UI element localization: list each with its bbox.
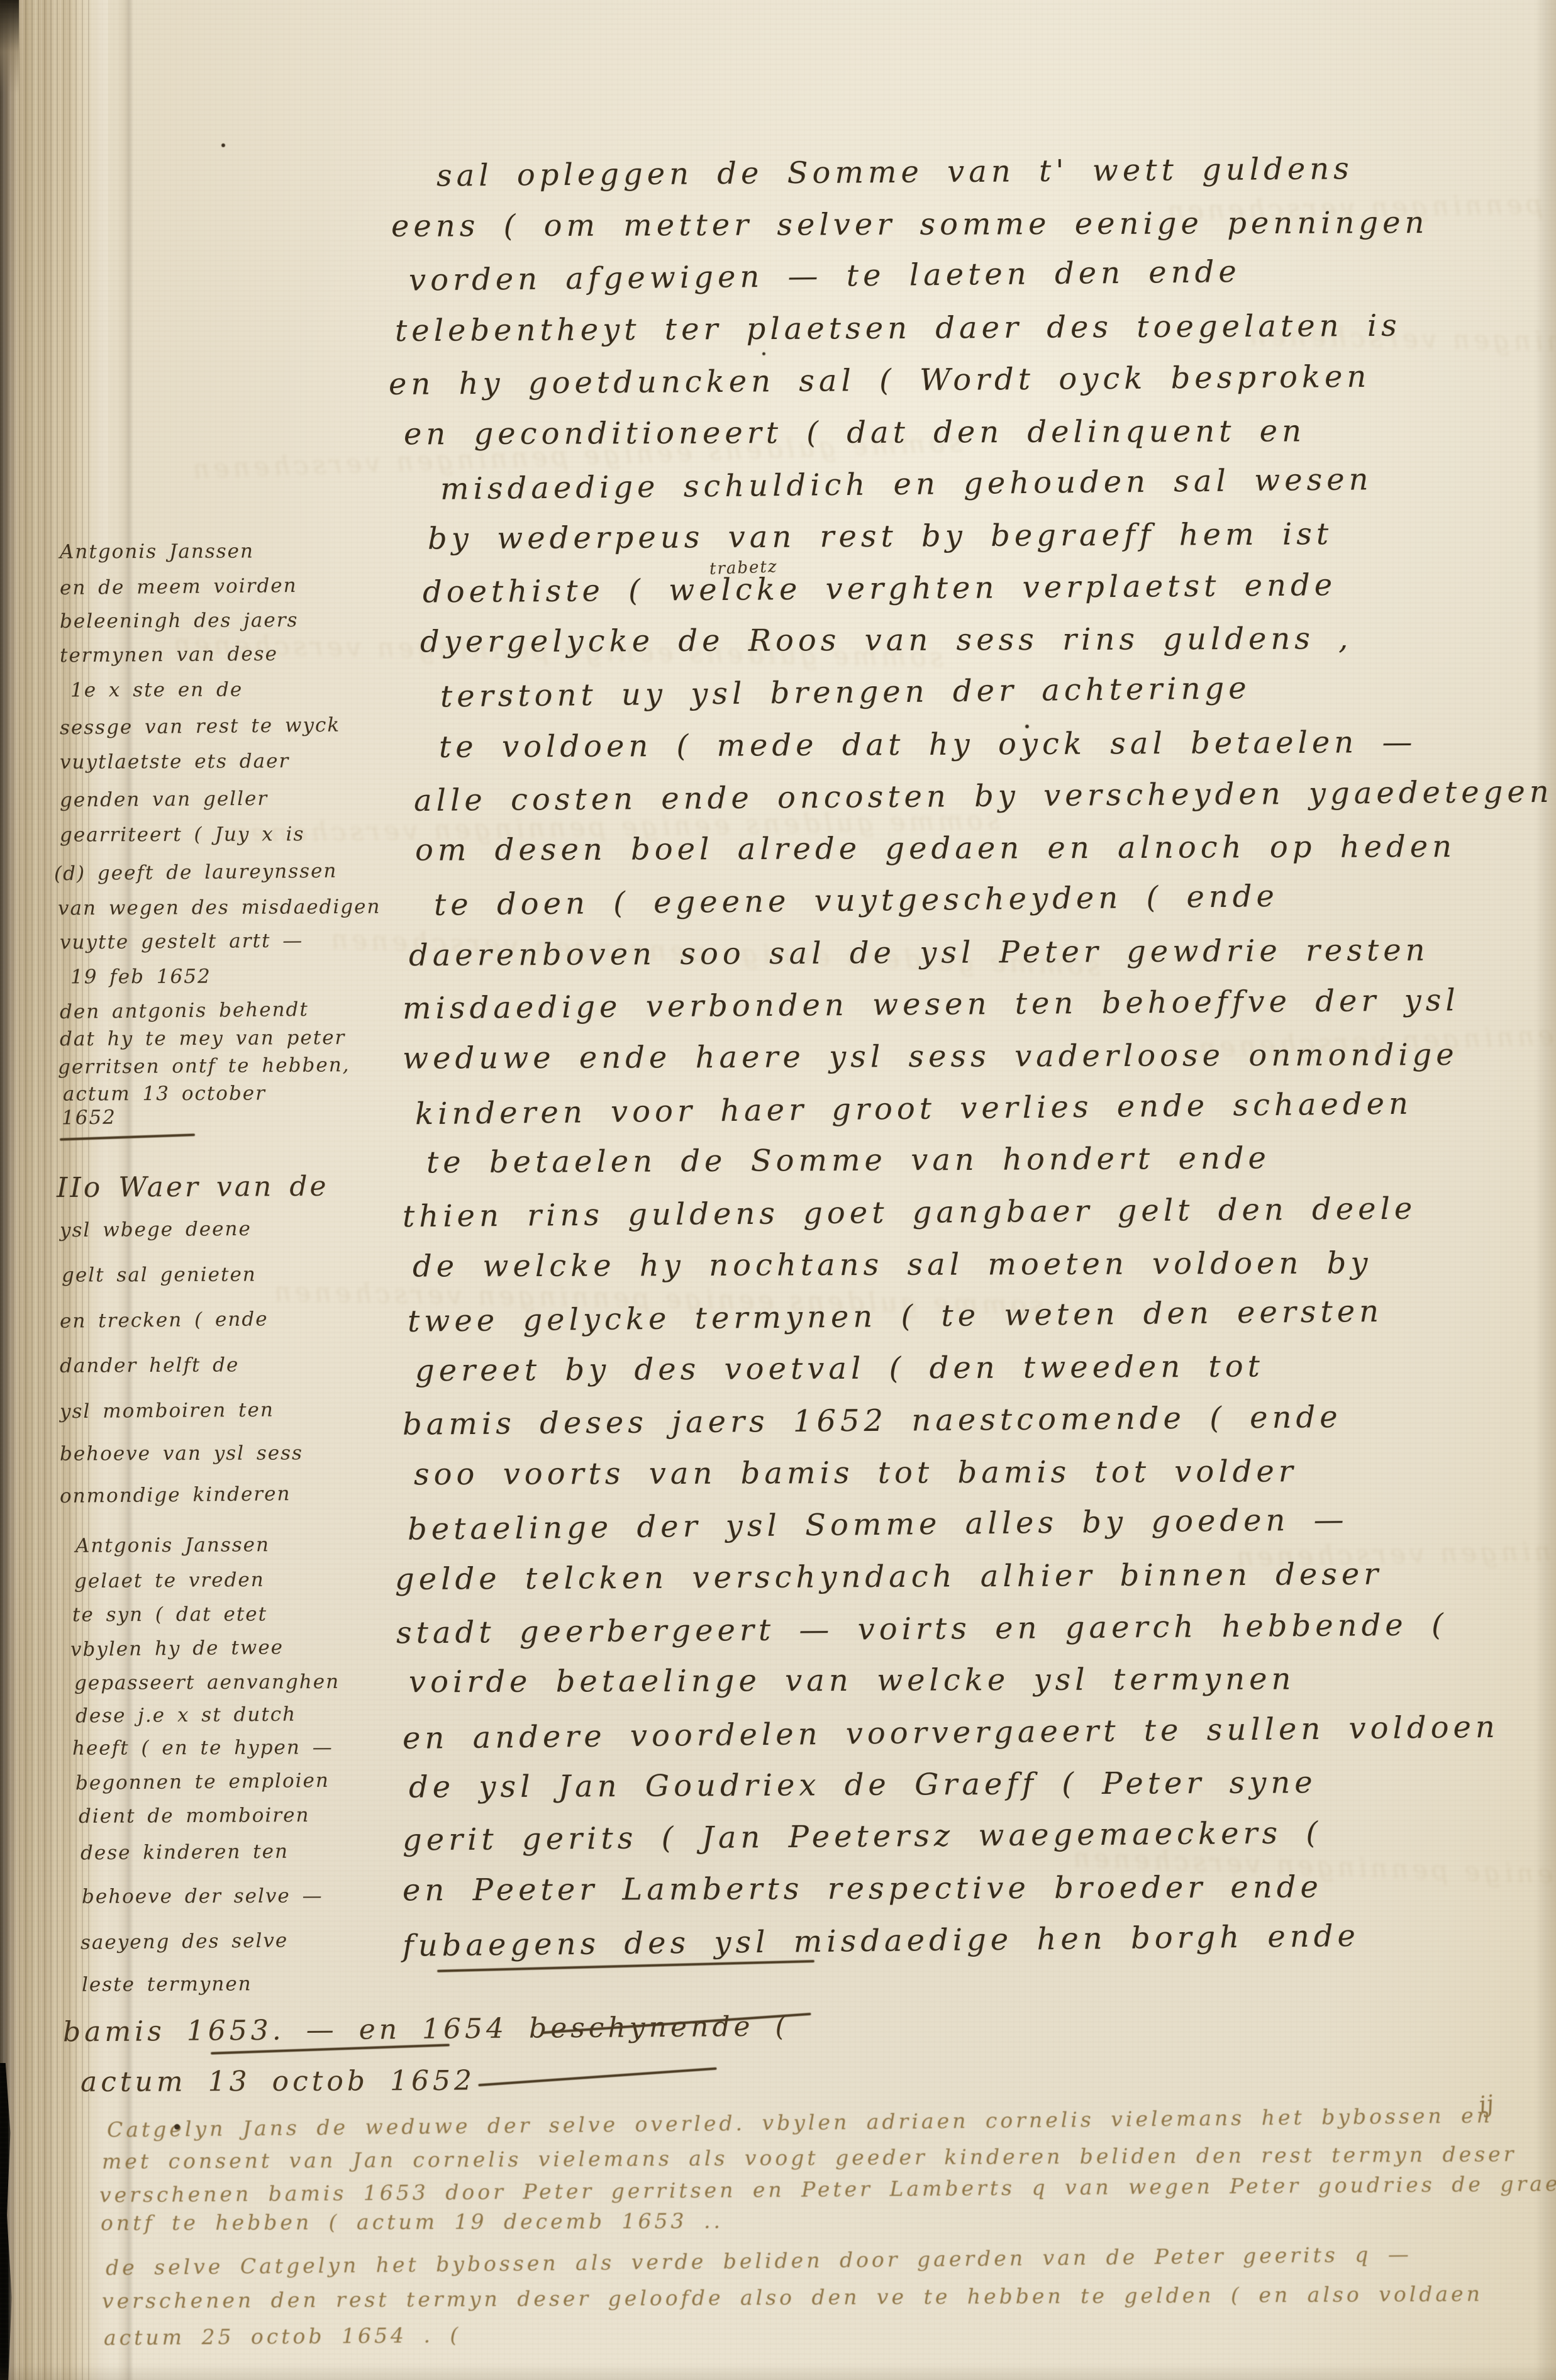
- margin-note-line: termynen van dese: [60, 645, 278, 666]
- ink-dot: [1025, 725, 1029, 728]
- margin-note-line: dat hy te mey van peter: [60, 1028, 346, 1049]
- margin-note-line: vuytlaetste ets daer: [60, 752, 289, 772]
- margin-note-line: ysl wbege deene: [60, 1220, 252, 1240]
- main-text-line: doethiste ( welcke verghten verplaetst e…: [423, 570, 1336, 607]
- ink-dot: [762, 352, 765, 355]
- main-text-line: misdaedige verbonden wesen ten behoeffve…: [403, 985, 1460, 1023]
- margin-note-line: en de meem voirden: [60, 576, 297, 598]
- page-right-edge-shade: [1535, 0, 1556, 2380]
- main-text-line: en Peeter Lamberts respective broeder en…: [403, 1872, 1323, 1905]
- main-text-line: telebentheyt ter plaetsen daer des toege…: [395, 311, 1401, 346]
- main-text-line: en geconditioneert ( dat den delinquent …: [404, 416, 1306, 449]
- main-text-line: twee gelycke termynen ( te weten den eer…: [408, 1296, 1383, 1337]
- margin-note-line: gepasseert aenvanghen: [74, 1672, 340, 1693]
- main-text-line: en andere voordelen voorvergaeert te sul…: [403, 1712, 1499, 1754]
- main-text-line: gerit gerits ( Jan Peetersz waegemaecker…: [403, 1818, 1322, 1855]
- addendum-line: Catgelyn Jans de weduwe der selve overle…: [107, 2105, 1493, 2140]
- margin-note-line: gerritsen ontf te hebben,: [58, 1055, 350, 1077]
- margin-note-line: behoeve der selve —: [82, 1886, 323, 1906]
- addendum-line: verschenen bamis 1653 door Peter gerrits…: [99, 2173, 1556, 2206]
- addendum-line: de selve Catgelyn het bybossen als verde…: [106, 2244, 1412, 2278]
- margin-note-line: gelaet te vreden: [74, 1571, 265, 1591]
- ink-dot: [174, 2124, 180, 2130]
- margin-note-line: genden van geller: [60, 789, 268, 811]
- main-text-line: thien rins guldens goet gangbaer gelt de…: [403, 1194, 1417, 1232]
- main-text-line: gelde telcken verschyndach alhier binnen…: [395, 1559, 1382, 1594]
- main-text-line: terstont uy ysl brengen der achteringe: [440, 673, 1251, 711]
- ink-stroke: [478, 2067, 716, 2086]
- main-text-line: betaelinge der ysl Somme alles by goeden…: [408, 1504, 1348, 1545]
- main-text-line: eens ( om metter selver somme eenige pen…: [391, 208, 1429, 242]
- corner-flourish-mark: ij: [1477, 2091, 1495, 2119]
- main-text-line: te betaelen de Somme van hondert ende: [426, 1143, 1270, 1177]
- margin-note-line: dese j.e x st dutch: [75, 1705, 296, 1727]
- main-text-line: by wederpeus van rest by begraeff hem is…: [428, 519, 1333, 554]
- main-text-line: de ysl Jan Goudriex de Graeff ( Peter sy…: [409, 1767, 1317, 1803]
- margin-note-line: vbylen hy de twee: [70, 1638, 284, 1660]
- margin-note-line: Antgonis Janssen: [75, 1535, 270, 1556]
- margin-note-line: den antgonis behendt: [60, 1000, 309, 1022]
- margin-note-line: heeft ( en te hypen —: [72, 1738, 333, 1758]
- margin-note-line: IIo Waer van de: [57, 1173, 329, 1202]
- interline-correction-word: trabetz: [709, 557, 779, 579]
- main-text-line: voirde betaelinge van welcke ysl termyne…: [409, 1664, 1296, 1698]
- margin-note-line: sessge van rest te wyck: [60, 716, 340, 738]
- margin-note-line: Antgonis Janssen: [60, 542, 254, 562]
- margin-note-line: te syn ( dat etet: [72, 1604, 267, 1625]
- main-text-line: te voldoen ( mede dat hy oyck sal betael…: [439, 727, 1417, 762]
- margin-note-line: vuytte gestelt artt —: [60, 931, 304, 952]
- addendum-line: ontf te hebben ( actum 19 decemb 1653 ..: [101, 2210, 723, 2233]
- main-text-line: te doen ( egeene vuytgescheyden ( ende: [434, 881, 1279, 920]
- scan-corner-shadow: [0, 0, 19, 94]
- margin-note-line: dander helft de: [60, 1355, 240, 1376]
- main-text-line: bamis deses jaers 1652 naestcomende ( en…: [403, 1402, 1342, 1440]
- main-text-line: de welcke hy nochtans sal moeten voldoen…: [413, 1248, 1372, 1281]
- closing-line: actum 13 octob 1652: [81, 2067, 475, 2096]
- margin-note-line: 1652: [62, 1108, 116, 1128]
- main-text-line: dyergelycke de Roos van sess rins gulden…: [420, 623, 1353, 657]
- main-text-line: vorden afgewigen — te laeten den ende: [409, 257, 1241, 296]
- main-text-line: weduwe ende haere ysl sess vaderloose on…: [403, 1040, 1459, 1074]
- margin-note-line: gelt sal genieten: [62, 1265, 257, 1285]
- margin-note-line: actum 13 october: [63, 1084, 266, 1104]
- margin-note-line: begonnen te emploien: [75, 1771, 330, 1793]
- margin-note-line: 1e x ste en de: [70, 681, 243, 701]
- margin-note-line: 19 feb 1652: [70, 967, 211, 987]
- addendum-line: verschenen den rest termyn deser geloofd…: [102, 2283, 1483, 2311]
- margin-note-line: van wegen des misdaedigen: [58, 898, 381, 919]
- addendum-line: met consent van Jan cornelis vielemans a…: [102, 2144, 1517, 2172]
- margin-note-line: saeyeng des selve: [81, 1931, 289, 1952]
- ink-dot: [221, 143, 225, 147]
- margin-note-line: beleeningh des jaers: [60, 611, 299, 631]
- main-text-line: en hy goetduncken sal ( Wordt oyck bespr…: [389, 362, 1371, 399]
- margin-note-line: dient de momboiren: [79, 1806, 310, 1827]
- main-text-line: alle costen ende oncosten by verscheyden…: [414, 777, 1553, 816]
- addendum-line: actum 25 octob 1654 . (: [104, 2325, 462, 2348]
- margin-note-line: onmondige kinderen: [60, 1484, 291, 1506]
- main-text-line: gereet by des voetval ( den tweeden tot: [415, 1351, 1264, 1386]
- main-text-line: soo voorts van bamis tot bamis tot volde…: [414, 1457, 1298, 1490]
- margin-note-line: ysl momboiren ten: [60, 1401, 274, 1422]
- closing-line: bamis 1653. — en 1654 beschynende (: [63, 2013, 790, 2046]
- margin-note-line: behoeve van ysl sess: [60, 1443, 303, 1464]
- main-text-line: stadt geerbergeert — voirts en gaerch he…: [396, 1610, 1448, 1648]
- margin-note-line: dese kinderen ten: [81, 1842, 289, 1864]
- main-text-line: daerenboven soo sal de ysl Peter gewdrie…: [409, 935, 1430, 970]
- margin-note-line: leste termynen: [82, 1974, 252, 1994]
- main-text-line: fubaegens des ysl misdaedige hen borgh e…: [403, 1921, 1360, 1961]
- main-text-line: sal opleggen de Somme van t' wett gulden…: [436, 153, 1353, 191]
- main-text-line: om desen boel alrede gedaen en alnoch op…: [415, 831, 1456, 865]
- main-text-line: kinderen voor haer groot verlies ende sc…: [415, 1089, 1413, 1130]
- main-text-line: misdaedige schuldich en gehouden sal wes…: [440, 464, 1373, 504]
- manuscript-page: somme guldens eenige penningen verschene…: [0, 0, 1556, 2380]
- margin-note-line: gearriteert ( Juy x is: [60, 825, 304, 845]
- margin-note-line: (d) geeft de laureynssen: [54, 862, 338, 884]
- page-bottom-edge-shade: [0, 2364, 1556, 2380]
- margin-note-line: en trecken ( ende: [60, 1310, 269, 1331]
